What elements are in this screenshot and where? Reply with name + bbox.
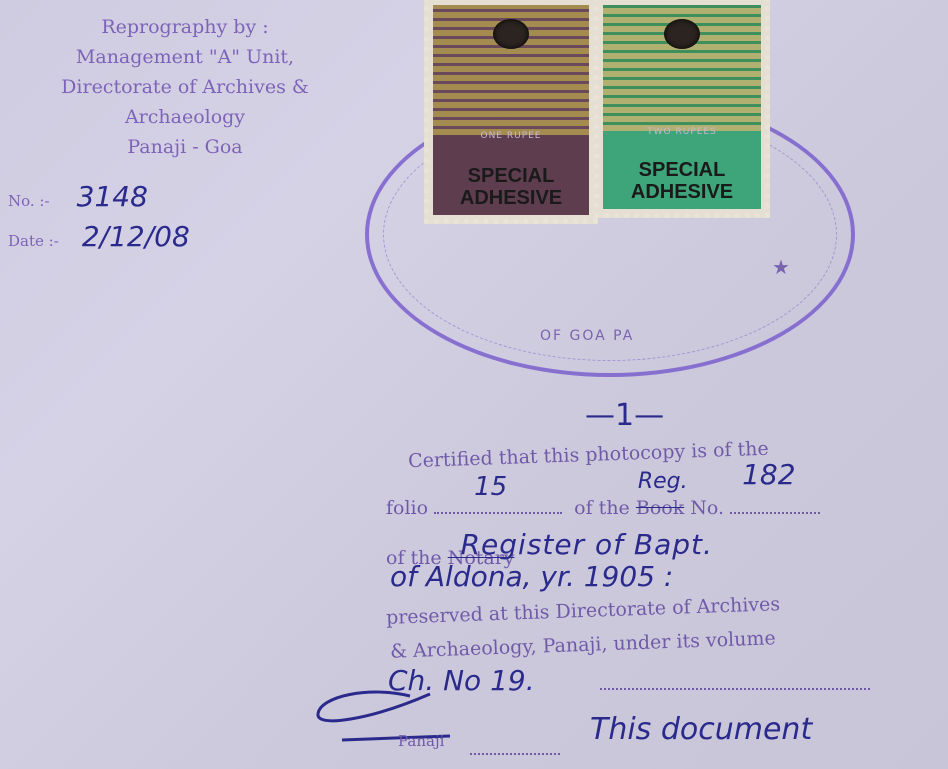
stamp-denomination: TWO RUPEES: [603, 127, 761, 137]
folio-label: folio: [386, 497, 428, 519]
no-value: 182: [742, 458, 795, 491]
star-icon: ★: [772, 255, 790, 279]
register-handwritten: Register of Bapt.: [461, 528, 713, 561]
inserted-word: Reg.: [638, 469, 688, 494]
stamp-overprint: SPECIAL ADHESIVE: [433, 165, 589, 209]
place-year-handwritten: of Aldona, yr. 1905 :: [390, 560, 673, 593]
repro-line: Archaeology: [20, 102, 350, 132]
cert-folio-row: folio 15 of the Book Reg. No. 182: [386, 494, 820, 519]
of-the-text: of the: [574, 497, 630, 519]
seal-text: OF GOA PA: [540, 328, 634, 344]
folio-value: 15: [474, 472, 507, 502]
stamp-denomination: ONE RUPEE: [433, 131, 589, 141]
revenue-stamp-two-rupees: TWO RUPEES SPECIAL ADHESIVE: [594, 0, 770, 218]
cert-place-row: of Aldona, yr. 1905 :: [390, 560, 673, 593]
reprography-stamp: Reprography by : Management "A" Unit, Di…: [20, 12, 350, 162]
panaji-field: [470, 740, 560, 759]
repro-no-label: No. :-: [8, 192, 50, 210]
cert-archaeology-line: & Archaeology, Panaji, under its volume: [390, 627, 776, 662]
overprint-line: SPECIAL: [603, 159, 761, 181]
repro-date-label: Date :-: [8, 232, 59, 250]
stamp-overprint: SPECIAL ADHESIVE: [603, 159, 761, 203]
repro-number-row: No. :- 3148: [8, 180, 148, 213]
no-label: No.: [690, 497, 724, 519]
overprint-line: SPECIAL: [433, 165, 589, 187]
overprint-line: ADHESIVE: [433, 187, 589, 209]
overprint-line: ADHESIVE: [603, 181, 761, 203]
revenue-stamp-one-rupee: ONE RUPEE SPECIAL ADHESIVE: [424, 0, 598, 224]
panaji-label: Panaji: [398, 732, 444, 750]
repro-line: Directorate of Archives &: [20, 72, 350, 102]
cert-line-1: Certified that this photocopy is of the: [408, 438, 769, 473]
repro-line: Panaji - Goa: [20, 132, 350, 162]
folio-field: 15: [434, 494, 562, 514]
struck-word: Book: [636, 497, 684, 519]
punch-hole: [664, 19, 700, 49]
repro-date-row: Date :- 2/12/08: [8, 220, 190, 253]
volume-field: [600, 688, 870, 690]
cert-preserved-line: preserved at this Directorate of Archive…: [386, 593, 781, 629]
repro-line: Management "A" Unit,: [20, 42, 350, 72]
page-mark: —1—: [585, 398, 664, 433]
footer-handwritten: This document: [590, 712, 812, 747]
punch-hole: [493, 19, 529, 49]
repro-line: Reprography by :: [20, 12, 350, 42]
repro-no-value: 3148: [77, 180, 148, 213]
no-field: 182: [730, 494, 820, 514]
repro-date-value: 2/12/08: [82, 220, 190, 253]
